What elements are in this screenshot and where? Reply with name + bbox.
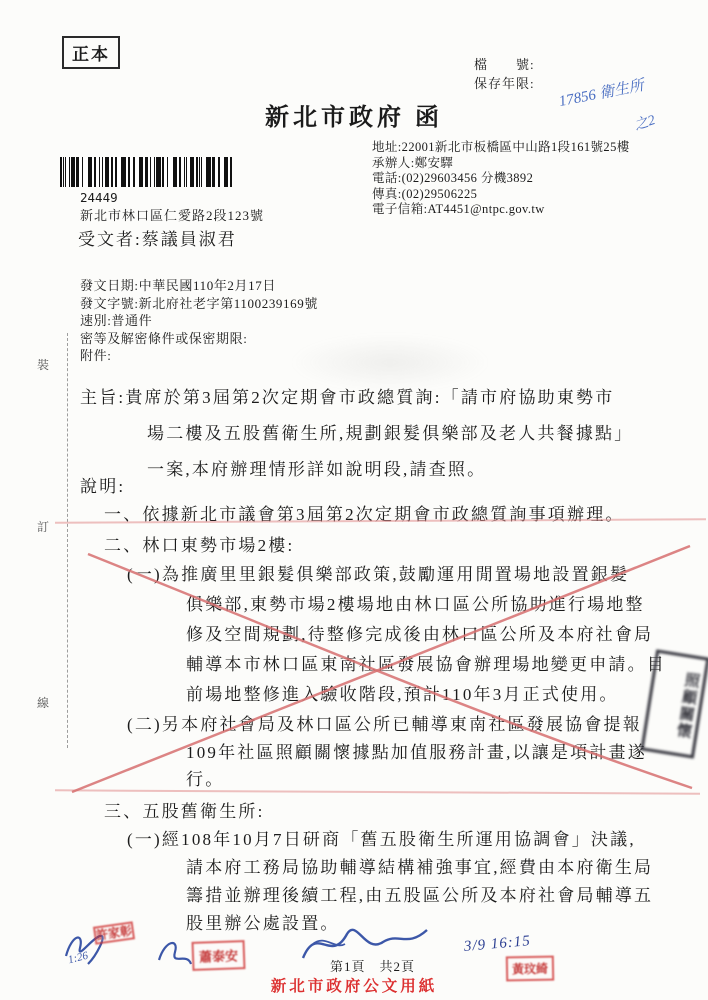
- dispatch-date: 發文日期:中華民國110年2月17日: [80, 277, 318, 295]
- name-stamp: 許家彰: [93, 921, 135, 944]
- speed-class: 速別:普通件: [80, 312, 318, 330]
- contact-fax: 傳真:(02)29506225: [372, 187, 630, 203]
- dispatch-meta-block: 發文日期:中華民國110年2月17日 發文字號:新北府社老字第110023916…: [80, 277, 318, 365]
- page-indicator: 第1頁 共2頁: [330, 956, 415, 975]
- red-cross-out-mark: [60, 540, 700, 800]
- binding-mark: 線: [37, 694, 49, 711]
- item3-1-line: (一)經108年10月7日研商「舊五股衛生所運用協調會」決議,: [127, 825, 636, 850]
- file-number-block: 檔 號: 保存年限:: [474, 55, 535, 93]
- contact-address: 地址:22001新北市板橋區中山路1段161號25樓: [372, 140, 630, 156]
- explanation-item-3-head: 三、五股舊衛生所:: [104, 797, 265, 822]
- handwritten-date-time: 3/9 16:15: [463, 933, 531, 956]
- explanation-label: 說明:: [80, 472, 125, 497]
- scan-smudge: [290, 335, 490, 390]
- mail-number: 24449: [80, 190, 118, 205]
- mail-barcode: [60, 157, 232, 187]
- agency-contact-block: 地址:22001新北市板橋區中山路1段161號25樓 承辦人:鄭安驛 電話:(0…: [372, 140, 630, 218]
- subject-line: 場二樓及五股舊衛生所,規劃銀髮俱樂部及老人共餐據點」: [147, 419, 633, 444]
- scanned-official-letter: 正本 檔 號: 保存年限: 新北市政府 函 17856 衛生所 之2 地址:22…: [0, 0, 708, 1000]
- file-no-label: 檔 號:: [474, 55, 535, 74]
- security-class: 密等及解密條件或保密期限:: [80, 330, 318, 348]
- recipient-address: 新北市林口區仁愛路2段123號: [80, 205, 264, 224]
- binding-mark: 裝: [37, 356, 49, 373]
- retention-label: 保存年限:: [474, 74, 535, 93]
- item3-1-line: 籌措並辦理後續工程,由五股區公所及本府社會局輔導五: [186, 881, 653, 906]
- binding-mark: 訂: [37, 518, 49, 535]
- item3-1-line: 請本府工務局協助輔導結構補強事宜,經費由本府衛生局: [186, 853, 653, 878]
- handwritten-signature: [153, 934, 197, 972]
- contact-phone: 電話:(02)29603456 分機3892: [372, 171, 630, 187]
- contact-handler: 承辦人:鄭安驛: [372, 156, 630, 172]
- contact-email: 電子信箱:AT4451@ntpc.gov.tw: [372, 202, 630, 218]
- subject-line: 主旨:貴席於第3屆第2次定期會市政總質詢:「請市府協助東勢市: [80, 383, 614, 408]
- subject-line: 一案,本府辦理情形詳如說明段,請查照。: [147, 455, 486, 480]
- attachment-label: 附件:: [80, 347, 318, 365]
- dispatch-number: 發文字號:新北府社老字第1100239169號: [80, 295, 318, 313]
- name-stamp: 蕭泰安: [192, 940, 246, 971]
- recipient-line: 受文者:蔡議員淑君: [78, 225, 237, 250]
- copy-label: 正本: [62, 36, 120, 69]
- official-paper-footer: 新北市政府公文用紙: [0, 974, 708, 996]
